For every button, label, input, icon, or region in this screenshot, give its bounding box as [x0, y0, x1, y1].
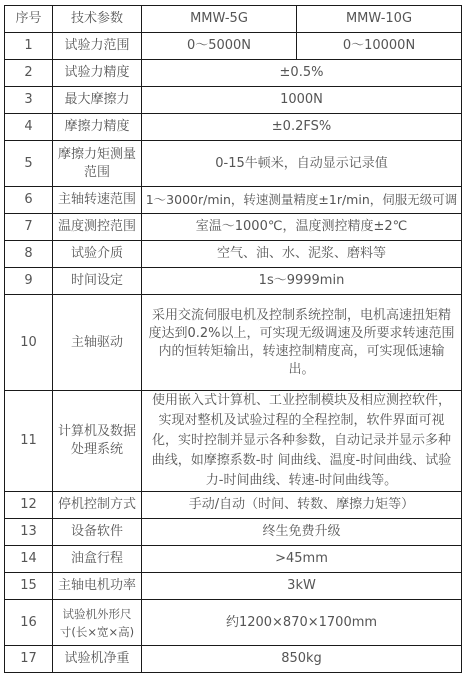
table-row: 4 摩擦力精度 ±0.2FS% — [5, 114, 462, 141]
table-row: 3 最大摩擦力 1000N — [5, 87, 462, 114]
row-value: 约1200×870×1700mm — [142, 600, 462, 646]
row-no: 14 — [5, 546, 53, 573]
row-param: 主轴电机功率 — [53, 573, 142, 600]
row-no: 7 — [5, 214, 53, 241]
row-no: 9 — [5, 268, 53, 295]
row-value: 0-15牛顿米，自动显示记录值 — [142, 141, 462, 187]
row-param: 摩擦力精度 — [53, 114, 142, 141]
header-no: 序号 — [5, 6, 53, 33]
row-value: 手动/自动（时间、转数、摩擦力矩等） — [142, 492, 462, 519]
header-model-b: MMW-10G — [297, 6, 462, 33]
row-param: 油盒行程 — [53, 546, 142, 573]
row-value: 3kW — [142, 573, 462, 600]
row-value: 1000N — [142, 87, 462, 114]
row-value: 1s～9999min — [142, 268, 462, 295]
row-value: 空气、油、水、泥浆、磨料等 — [142, 241, 462, 268]
row-param: 温度测控范围 — [53, 214, 142, 241]
row-no: 16 — [5, 600, 53, 646]
row-value: 室温～1000℃，温度测控精度±2℃ — [142, 214, 462, 241]
row-param: 最大摩擦力 — [53, 87, 142, 114]
table-row: 17 试验机净重 850kg — [5, 646, 462, 673]
row-no: 3 — [5, 87, 53, 114]
row-no: 11 — [5, 391, 53, 492]
table-row: 12 停机控制方式 手动/自动（时间、转数、摩擦力矩等） — [5, 492, 462, 519]
table-row: 9 时间设定 1s～9999min — [5, 268, 462, 295]
row-no: 12 — [5, 492, 53, 519]
row-value: 采用交流伺服电机及控制系统控制，电机高速扭矩精度达到0.2%以上，可实现无级调速… — [142, 295, 462, 391]
row-no: 4 — [5, 114, 53, 141]
row-param: 时间设定 — [53, 268, 142, 295]
row-no: 5 — [5, 141, 53, 187]
row-no: 13 — [5, 519, 53, 546]
row-param: 试验力精度 — [53, 60, 142, 87]
table-row: 5 摩擦力矩测量范围 0-15牛顿米，自动显示记录值 — [5, 141, 462, 187]
table-row: 6 主轴转速范围 1～3000r/min，转速测量精度±1r/min，伺服无级可… — [5, 187, 462, 214]
table-row: 1 试验力范围 0～5000N 0～10000N — [5, 33, 462, 60]
row-value-b: 0～10000N — [297, 33, 462, 60]
spec-table: 序号 技术参数 MMW-5G MMW-10G 1 试验力范围 0～5000N 0… — [4, 5, 462, 673]
row-no: 10 — [5, 295, 53, 391]
row-param: 试验机净重 — [53, 646, 142, 673]
header-model-a: MMW-5G — [142, 6, 297, 33]
table-row: 8 试验介质 空气、油、水、泥浆、磨料等 — [5, 241, 462, 268]
row-no: 8 — [5, 241, 53, 268]
row-value: ±0.5% — [142, 60, 462, 87]
row-value: 使用嵌入式计算机、工业控制模块及相应测控软件，实现对整机及试验过程的全程控制，软… — [142, 391, 462, 492]
row-param: 试验机外形尺寸(长×宽×高) — [53, 600, 142, 646]
row-param: 试验介质 — [53, 241, 142, 268]
table-row: 15 主轴电机功率 3kW — [5, 573, 462, 600]
row-value: 终生免费升级 — [142, 519, 462, 546]
row-no: 17 — [5, 646, 53, 673]
header-param: 技术参数 — [53, 6, 142, 33]
table-header-row: 序号 技术参数 MMW-5G MMW-10G — [5, 6, 462, 33]
row-param: 主轴转速范围 — [53, 187, 142, 214]
table-row: 2 试验力精度 ±0.5% — [5, 60, 462, 87]
row-param: 停机控制方式 — [53, 492, 142, 519]
row-param: 主轴驱动 — [53, 295, 142, 391]
row-value: ±0.2FS% — [142, 114, 462, 141]
row-value: 1～3000r/min，转速测量精度±1r/min，伺服无级可调 — [142, 187, 462, 214]
row-no: 6 — [5, 187, 53, 214]
row-param: 试验力范围 — [53, 33, 142, 60]
row-no: 2 — [5, 60, 53, 87]
table-row: 11 计算机及数据处理系统 使用嵌入式计算机、工业控制模块及相应测控软件，实现对… — [5, 391, 462, 492]
row-no: 1 — [5, 33, 53, 60]
row-param: 设备软件 — [53, 519, 142, 546]
table-row: 7 温度测控范围 室温～1000℃，温度测控精度±2℃ — [5, 214, 462, 241]
row-value: >45mm — [142, 546, 462, 573]
table-row: 13 设备软件 终生免费升级 — [5, 519, 462, 546]
row-param: 摩擦力矩测量范围 — [53, 141, 142, 187]
row-value-a: 0～5000N — [142, 33, 297, 60]
row-value: 850kg — [142, 646, 462, 673]
row-param: 计算机及数据处理系统 — [53, 391, 142, 492]
table-row: 14 油盒行程 >45mm — [5, 546, 462, 573]
table-row: 16 试验机外形尺寸(长×宽×高) 约1200×870×1700mm — [5, 600, 462, 646]
table-row: 10 主轴驱动 采用交流伺服电机及控制系统控制，电机高速扭矩精度达到0.2%以上… — [5, 295, 462, 391]
row-no: 15 — [5, 573, 53, 600]
